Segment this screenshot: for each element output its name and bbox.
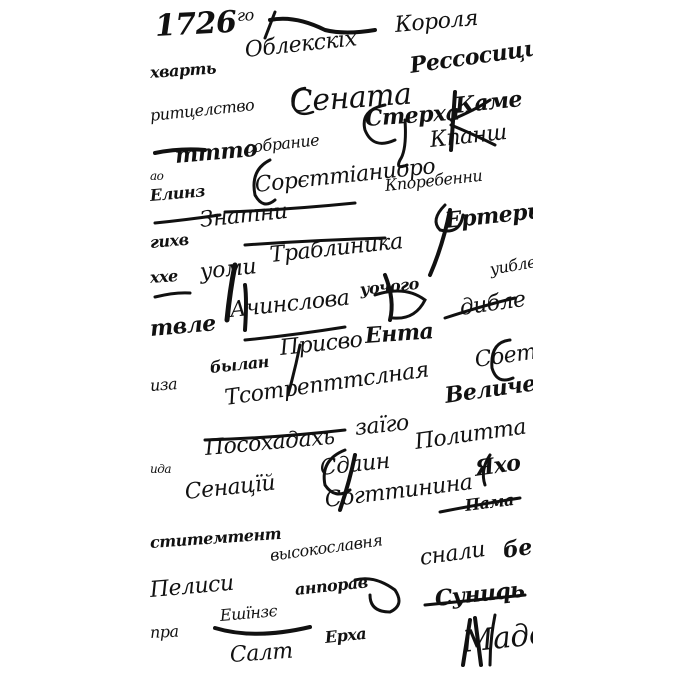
manuscript-word: Рессосиция xyxy=(408,35,533,77)
manuscript-word: ао xyxy=(150,170,163,182)
manuscript-word: го xyxy=(237,7,255,24)
manuscript-word: былан xyxy=(209,354,269,376)
manuscript-word: Ента xyxy=(364,320,434,347)
manuscript-word: Присво xyxy=(279,329,364,360)
manuscript-word: бе xyxy=(501,536,533,562)
manuscript-word: собрание xyxy=(244,132,320,156)
manuscript-word: Ерха xyxy=(324,626,367,646)
manuscript-word: дибле xyxy=(458,289,526,320)
manuscript-word: Ачинслова xyxy=(229,288,351,322)
manuscript-word: Ертерь xyxy=(444,200,533,232)
manuscript-word: Политта xyxy=(413,417,527,454)
manuscript-word: уибле xyxy=(489,254,533,278)
manuscript-word: Салт xyxy=(229,641,293,667)
manuscript-word: Знатни xyxy=(199,201,289,232)
manuscript-scan: 1726 го Короля хварть Облекскіх Рессосиц… xyxy=(145,0,533,668)
manuscript-word: иза xyxy=(149,376,177,394)
manuscript-word: ститемтент xyxy=(149,526,281,551)
manuscript-word: 1726 xyxy=(154,8,237,42)
manuscript-word: Мадо xyxy=(461,619,533,658)
manuscript-word: хварть xyxy=(149,60,216,81)
manuscript-word: Облекскіх xyxy=(244,28,358,62)
manuscript-word: Траблиника xyxy=(269,231,404,267)
manuscript-word: пра xyxy=(150,624,179,641)
manuscript-word: Суниqь xyxy=(434,579,525,610)
manuscript-word: ххе xyxy=(149,268,178,286)
manuscript-word: Соетти xyxy=(473,337,533,372)
manuscript-word: Ешїнзє xyxy=(219,603,277,624)
manuscript-word: ритцелство xyxy=(149,97,255,124)
manuscript-word: заїго xyxy=(354,412,410,440)
manuscript-word: Пама xyxy=(464,492,515,514)
manuscript-word: высокославня xyxy=(269,532,383,564)
manuscript-word: гихв xyxy=(149,232,189,251)
manuscript-word: Короля xyxy=(394,8,479,37)
manuscript-word: твле xyxy=(149,312,216,340)
manuscript-word: Каме xyxy=(454,88,523,117)
manuscript-word: Величе xyxy=(443,372,533,407)
manuscript-word: анпорав xyxy=(294,574,368,598)
manuscript-word: Яхо xyxy=(473,452,521,480)
manuscript-word: Сдаин xyxy=(319,451,391,480)
manuscript-word: уочого xyxy=(359,276,419,298)
manuscript-word: ида xyxy=(150,463,171,475)
manuscript-word: Кпанш xyxy=(429,122,508,152)
manuscript-word: Пелиси xyxy=(149,573,234,602)
manuscript-word: уоми xyxy=(199,256,257,284)
manuscript-word: снали xyxy=(418,539,486,570)
manuscript-word: Елинз xyxy=(149,183,205,204)
manuscript-word: Сенацїй xyxy=(184,473,276,504)
manuscript-word: Посохадахь xyxy=(204,427,335,460)
page: 1726 го Короля хварть Облекскіх Рессосиц… xyxy=(0,0,680,680)
